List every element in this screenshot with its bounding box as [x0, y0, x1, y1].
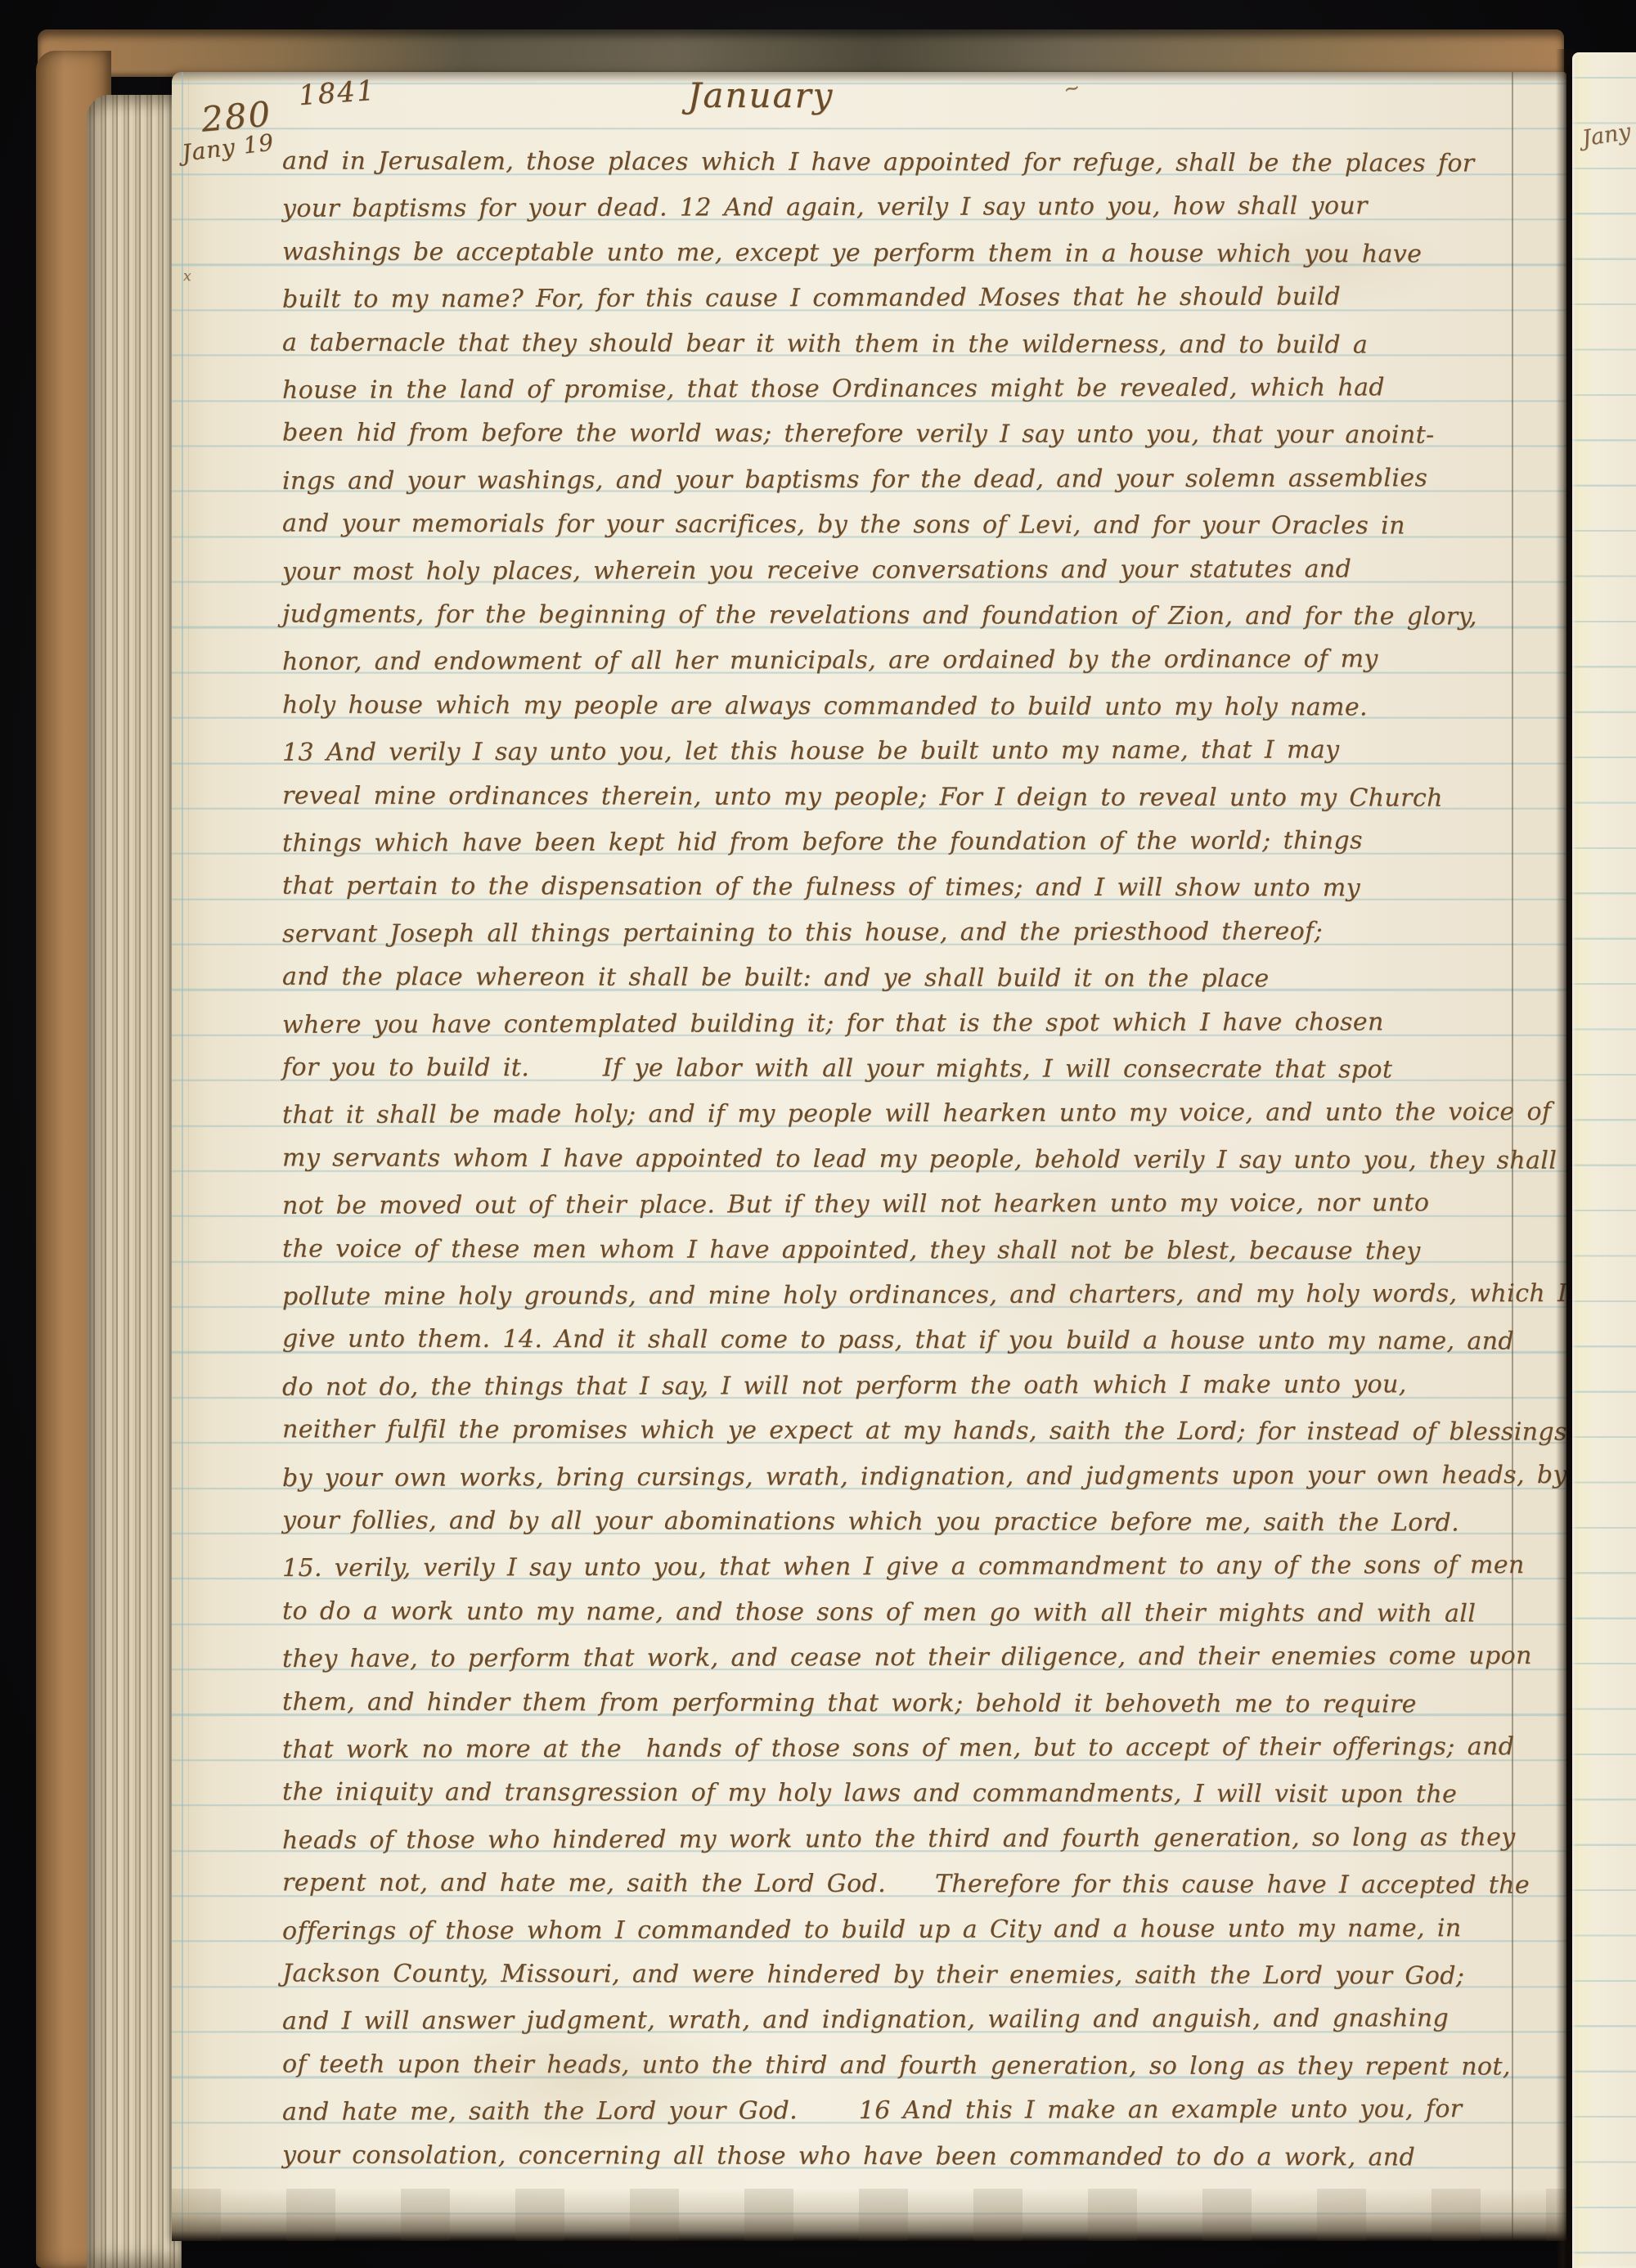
manuscript-line: and the place whereon it shall be built:… — [282, 962, 1270, 995]
manuscript-line: and I will answer judgment, wrath, and i… — [282, 2004, 1449, 2038]
manuscript-line: to do a work unto my name, and those son… — [282, 1596, 1476, 1629]
next-page-edge: Jany — [1572, 52, 1636, 2268]
manuscript-line: that work no more at the hands of those … — [282, 1731, 1514, 1766]
manuscript-page: 280 1841 January Jany 19 x ~ and in Jeru… — [172, 72, 1566, 2241]
manuscript-line: washings be acceptable unto me, except y… — [282, 236, 1422, 270]
scanned-book-photo: 280 1841 January Jany 19 x ~ and in Jeru… — [0, 0, 1636, 2268]
manuscript-line: judgments, for the beginning of the reve… — [282, 599, 1477, 632]
manuscript-line: that it shall be made holy; and if my pe… — [282, 1097, 1552, 1131]
manuscript-line: built to my name? For, for this cause I … — [282, 281, 1341, 315]
manuscript-line: things which have been kept hid from bef… — [282, 825, 1363, 859]
manuscript-line: and hate me, saith the Lord your God. 16… — [282, 2094, 1463, 2128]
manuscript-line: and in Jerusalem, those places which I h… — [282, 146, 1475, 179]
manuscript-line: and your memorials for your sacrifices, … — [282, 509, 1405, 542]
book-cover-top-edge — [38, 29, 1564, 77]
manuscript-line: ings and your washings, and your baptism… — [282, 463, 1427, 497]
manuscript-line: holy house which my people are always co… — [282, 689, 1368, 723]
manuscript-lines: and in Jerusalem, those places which I h… — [172, 72, 1566, 2241]
manuscript-line: been hid from before the world was; ther… — [282, 418, 1435, 451]
manuscript-line: for you to build it. If ye labor with al… — [282, 1053, 1392, 1086]
manuscript-line: do not do, the things that I say, I will… — [282, 1369, 1407, 1403]
manuscript-line: of teeth upon their heads, unto the thir… — [282, 2049, 1511, 2082]
manuscript-line: honor, and endowment of all her municipa… — [282, 644, 1378, 679]
manuscript-line: house in the land of promise, that those… — [282, 372, 1385, 406]
manuscript-line: not be moved out of their place. But if … — [282, 1188, 1429, 1222]
manuscript-line: neither fulfil the promises which ye exp… — [282, 1414, 1566, 1448]
manuscript-line: give unto them. 14. And it shall come to… — [282, 1324, 1514, 1358]
manuscript-line: repent not, and hate me, saith the Lord … — [282, 1868, 1530, 1902]
next-page-margin-note: Jany — [1580, 119, 1633, 152]
manuscript-line: where you have contemplated building it;… — [282, 1007, 1384, 1041]
manuscript-line: them, and hinder them from performing th… — [282, 1686, 1417, 1720]
manuscript-line: reveal mine ordinances therein, unto my … — [282, 780, 1443, 814]
manuscript-line: 13 And verily I say unto you, let this h… — [282, 734, 1340, 768]
page-gutter-shadow — [1556, 49, 1574, 2268]
manuscript-line: that pertain to the dispensation of the … — [282, 871, 1360, 905]
manuscript-line: your most holy places, wherein you recei… — [282, 554, 1351, 587]
manuscript-line: 15. verily, verily I say unto you, that … — [282, 1550, 1525, 1584]
manuscript-line: they have, to perform that work, and cea… — [282, 1641, 1532, 1675]
manuscript-line: servant Joseph all things pertaining to … — [282, 916, 1323, 950]
manuscript-line: Jackson County, Missouri, and were hinde… — [282, 1958, 1464, 1992]
manuscript-line: by your own works, bring cursings, wrath… — [282, 1460, 1566, 1494]
manuscript-line: your consolation, concerning all those w… — [282, 2140, 1415, 2173]
page-bottom-edge — [172, 2189, 1566, 2241]
manuscript-line: the voice of these men whom I have appoi… — [282, 1233, 1421, 1267]
manuscript-line: the iniquity and transgression of my hol… — [282, 1777, 1457, 1811]
manuscript-line: your baptisms for your dead. 12 And agai… — [282, 191, 1368, 225]
manuscript-line: offerings of those whom I commanded to b… — [282, 1913, 1462, 1947]
manuscript-line: heads of those who hindered my work unto… — [282, 1822, 1516, 1857]
manuscript-line: your follies, and by all your abominatio… — [282, 1505, 1459, 1538]
manuscript-line: pollute mine holy grounds, and mine holy… — [282, 1278, 1566, 1313]
manuscript-line: my servants whom I have appointed to lea… — [282, 1143, 1557, 1176]
page-stack-fore-edges — [87, 95, 182, 2268]
manuscript-line: a tabernacle that they should bear it wi… — [282, 327, 1368, 361]
